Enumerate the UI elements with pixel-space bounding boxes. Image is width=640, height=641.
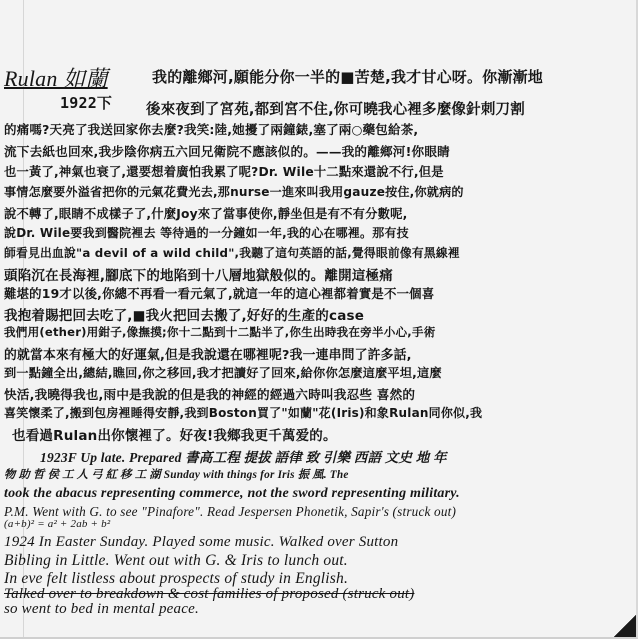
entry-1922-line: 頭陷沉在長海裡,腳底下的地陷到十八層地獄般似的。離開這極痛: [4, 264, 393, 284]
entry-1922-line: 也一黃了,神氣也衰了,還要想着廣怕我累了呢?Dr. Wile十二點來還說不行,但…: [4, 162, 444, 180]
entry-1922-line: 到一點鐘全出,總結,瞧回,你之移回,我才把讀好了回來,給你你怎麼這麼平坦,這麼: [4, 364, 442, 381]
entry-1922-line: 的就當本來有極大的好運氣,但是我說還在哪裡呢?我一連串問了許多話,: [4, 344, 412, 363]
entry-1922-line: 說不轉了,眼睛不成樣子了,什麼Joy來了當事使你,靜坐但是有不有分數呢,: [4, 204, 408, 222]
diary-page: Rulan 如蘭 我的離鄉河,願能分你一半的■苦楚,我才甘心呀。你漸漸地 192…: [0, 0, 638, 639]
intro-line: 我的離鄉河,願能分你一半的■苦楚,我才甘心呀。你漸漸地: [152, 66, 543, 87]
page-corner-shadow: [614, 615, 636, 637]
entry-1922-line: 流下去紙也回來,我步陰你病五六回兄衛院不應該似的。——我的離鄉河!你眼睛: [4, 141, 450, 160]
entry-1922-line: 我抱着賜把回去吃了,■我火把回去搬了,好好的生產的case: [4, 304, 364, 324]
entry-1922-line: 也看過Rulan出你懷裡了。好夜!我鄉我更千萬爱的。: [12, 424, 337, 444]
entry-year-1922: 1922下: [60, 92, 112, 113]
entry-1922-line: 我們用(ether)用鉗子,像撫摸;你十二點到十二點半了,你生出時我在旁半小心,…: [4, 324, 436, 340]
entry-1922-line: 快活,我曉得我也,雨中是我說的但是我的神經的經過六時叫我忍些 喜然的: [4, 384, 415, 403]
entry-1922-line: 難堪的19才以後,你總不再看一看元氣了,就這一年的這心裡都着實是不一個喜: [4, 284, 434, 302]
entry-1922-line: 後來夜到了宮苑,都到宮不住,你可曉我心裡多麼像針刺刀割: [146, 98, 525, 119]
entry-1924-line: 1924 In Easter Sunday. Played some music…: [4, 534, 398, 551]
entry-1923-line: 1923F Up late. Prepared 書高工程 提拔 語律 致 引樂 …: [40, 446, 447, 466]
entry-1923-formula: (a+b)² = a² + 2ab + b²: [4, 518, 110, 530]
entry-1922-line: 說Dr. Wile要我到醫院裡去 等待過的一分鐘如一年,我的心在哪裡。那有技: [4, 224, 409, 241]
entry-1922-line: 事情怎麼要外溢省把你的元氣花費光去,那nurse一進來叫我用gauze按住,你就…: [4, 183, 464, 200]
page-title: Rulan 如蘭: [4, 62, 108, 93]
entry-1923-line: took the abacus representing commerce, n…: [4, 486, 460, 502]
entry-1922-line: 的痛嗎?天亮了我送回家你去麼?我笑:陸,她擾了兩鐘錶,塞了兩○藥包給茶,: [4, 120, 418, 138]
entry-1924-line: so went to bed in mental peace.: [4, 601, 199, 618]
entry-1922-line: 喜笑懷柔了,搬到包房裡睡得安靜,我到Boston買了"如蘭"花(Iris)和象R…: [4, 404, 482, 421]
entry-1923-line: 物 助 哲 侯 工 人 弓 紅 移 工 湖 Sunday with things…: [4, 466, 349, 482]
entry-1924-line: Bibling in Little. Went out with G. & Ir…: [4, 552, 348, 570]
entry-1922-line: 師看見出血說"a devil of a wild child",我聽了這句英語的…: [4, 244, 460, 261]
